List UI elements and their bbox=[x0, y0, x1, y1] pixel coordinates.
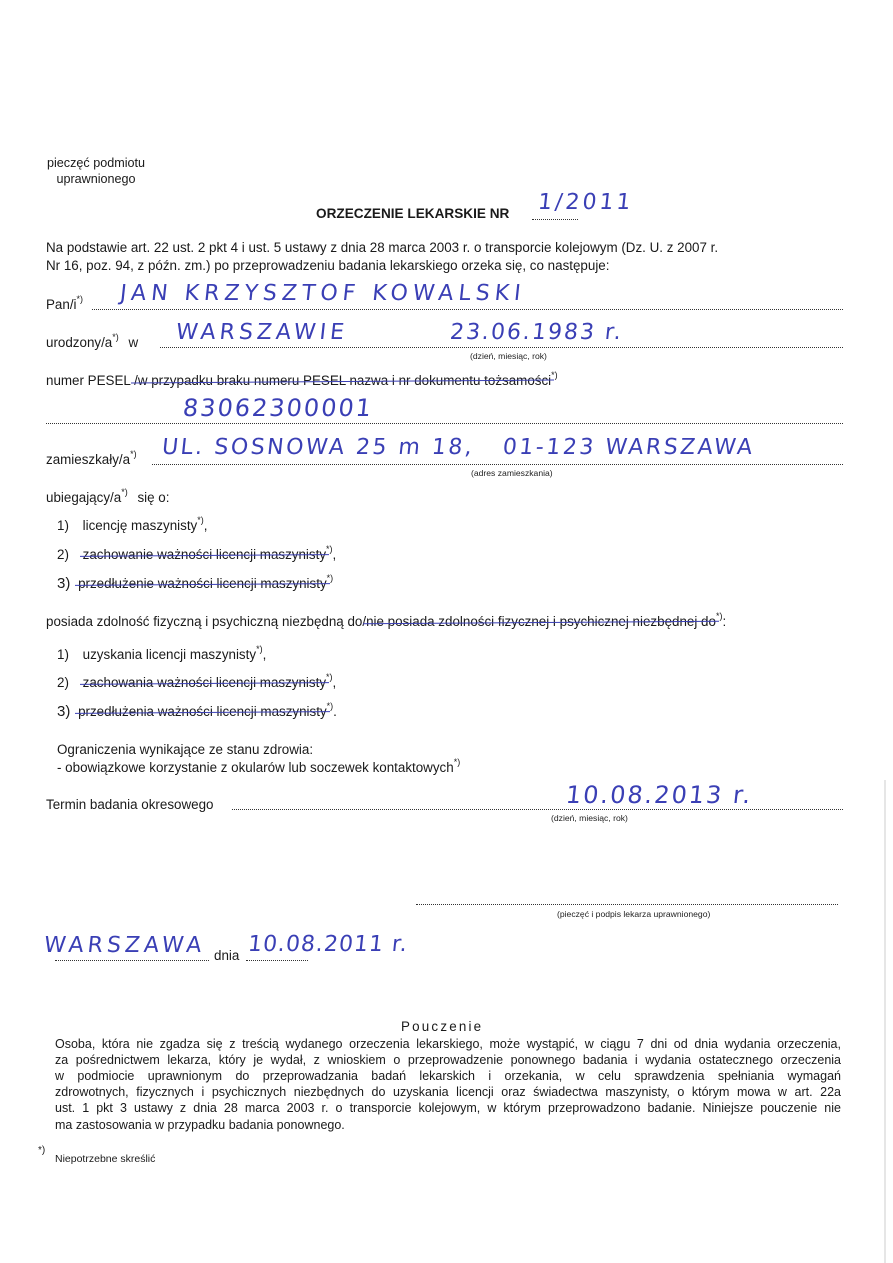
applying-item-2: 2) zachowanie ważności licencji maszynis… bbox=[57, 547, 336, 562]
address-dots bbox=[152, 464, 843, 465]
applying-label: ubiegający/a*) się o: bbox=[46, 490, 169, 505]
notice-title: Pouczenie bbox=[401, 1019, 483, 1034]
capability-item-2: 2) zachowania ważności licencji maszynis… bbox=[57, 675, 336, 690]
stamp-label-line1: pieczęć podmiotu bbox=[47, 155, 145, 171]
notice-line-3: w podmiocie uprawnionym do przeprowadzan… bbox=[55, 1069, 841, 1085]
notice-line-2: za pośrednictwem lekarza, który je wydał… bbox=[55, 1053, 841, 1069]
name-label: Pan/i*) bbox=[46, 297, 83, 312]
pesel-label: numer PESEL /w przypadku braku numeru PE… bbox=[46, 373, 558, 388]
born-dots bbox=[160, 347, 843, 348]
footnote-text: Niepotrzebne skreślić bbox=[55, 1153, 155, 1165]
capability-struck-text: nie posiada zdolności fizycznej i psychi… bbox=[366, 614, 716, 629]
issue-date: 10.08.2011 r. bbox=[247, 932, 410, 957]
intro-line2: Nr 16, poz. 94, z późn. zm.) po przeprow… bbox=[46, 258, 609, 273]
birth-place: WARSZAWIE bbox=[175, 320, 350, 345]
capability-item-1: 1) uzyskania licencji maszynisty*), bbox=[57, 647, 266, 662]
birth-date: 23.06.1983 r. bbox=[449, 320, 625, 345]
notice-line-6: ma zastosowania w przypadku badania pono… bbox=[55, 1118, 345, 1132]
address-hint: (adres zamieszkania) bbox=[471, 468, 553, 478]
name-dots bbox=[92, 309, 843, 310]
restrictions-heading: Ograniczenia wynikające ze stanu zdrowia… bbox=[57, 742, 313, 757]
footnote-mark: *) bbox=[38, 1145, 45, 1156]
birth-date-hint: (dzień, miesiąc, rok) bbox=[470, 351, 547, 361]
signature-hint: (pieczęć i podpis lekarza uprawnionego) bbox=[557, 909, 710, 919]
issue-place: WARSZAWA bbox=[43, 933, 207, 958]
periodic-dots bbox=[232, 809, 843, 810]
periodic-hint: (dzień, miesiąc, rok) bbox=[551, 813, 628, 823]
certificate-number: 1/2011 bbox=[537, 190, 635, 215]
issue-date-label: dnia bbox=[214, 948, 239, 963]
document-title-text: ORZECZENIE LEKARSKIE NR bbox=[316, 206, 509, 221]
applying-item-3: 3) przedłużenie ważności licencji maszyn… bbox=[57, 575, 333, 592]
periodic-date: 10.08.2013 r. bbox=[565, 781, 754, 809]
stamp-label-line2: uprawnionego bbox=[47, 171, 145, 187]
address-value: UL. SOSNOWA 25 m 18, 01-123 WARSZAWA bbox=[161, 435, 756, 460]
pesel-value: 83062300001 bbox=[182, 394, 375, 422]
document-title: ORZECZENIE LEKARSKIE NR bbox=[316, 206, 509, 221]
number-dots bbox=[532, 219, 578, 220]
applying-item-1: 1) licencję maszynisty*), bbox=[57, 518, 208, 533]
notice-line-5: ust. 1 pkt 3 ustawy z dnia 28 marca 2003… bbox=[55, 1101, 841, 1117]
notice-line-4: zdrowotnych, fizycznych i psychicznych n… bbox=[55, 1085, 841, 1101]
issue-date-dots bbox=[246, 960, 308, 961]
notice-line-1: Osoba, która nie zgadza się z treścią wy… bbox=[55, 1037, 841, 1053]
intro-line1: Na podstawie art. 22 ust. 2 pkt 4 i ust.… bbox=[46, 240, 718, 255]
periodic-label: Termin badania okresowego bbox=[46, 797, 213, 812]
born-label: urodzony/a*) w bbox=[46, 335, 138, 350]
capability-statement: posiada zdolność fizyczną i psychiczną n… bbox=[46, 614, 726, 629]
address-label: zamieszkały/a*) bbox=[46, 452, 137, 467]
pesel-dots bbox=[46, 423, 843, 424]
pesel-struck-text: /w przypadku braku numeru PESEL nazwa i … bbox=[134, 373, 551, 388]
stamp-label: pieczęć podmiotu uprawnionego bbox=[47, 155, 145, 187]
issue-place-dots bbox=[55, 960, 209, 961]
scan-edge-line bbox=[884, 780, 886, 1263]
name-value: JAN KRZYSZTOF KOWALSKI bbox=[119, 281, 527, 306]
capability-item-3: 3) przedłużenia ważności licencji maszyn… bbox=[57, 703, 337, 720]
restrictions-item: - obowiązkowe korzystanie z okularów lub… bbox=[57, 760, 460, 775]
signature-dots bbox=[416, 904, 838, 905]
